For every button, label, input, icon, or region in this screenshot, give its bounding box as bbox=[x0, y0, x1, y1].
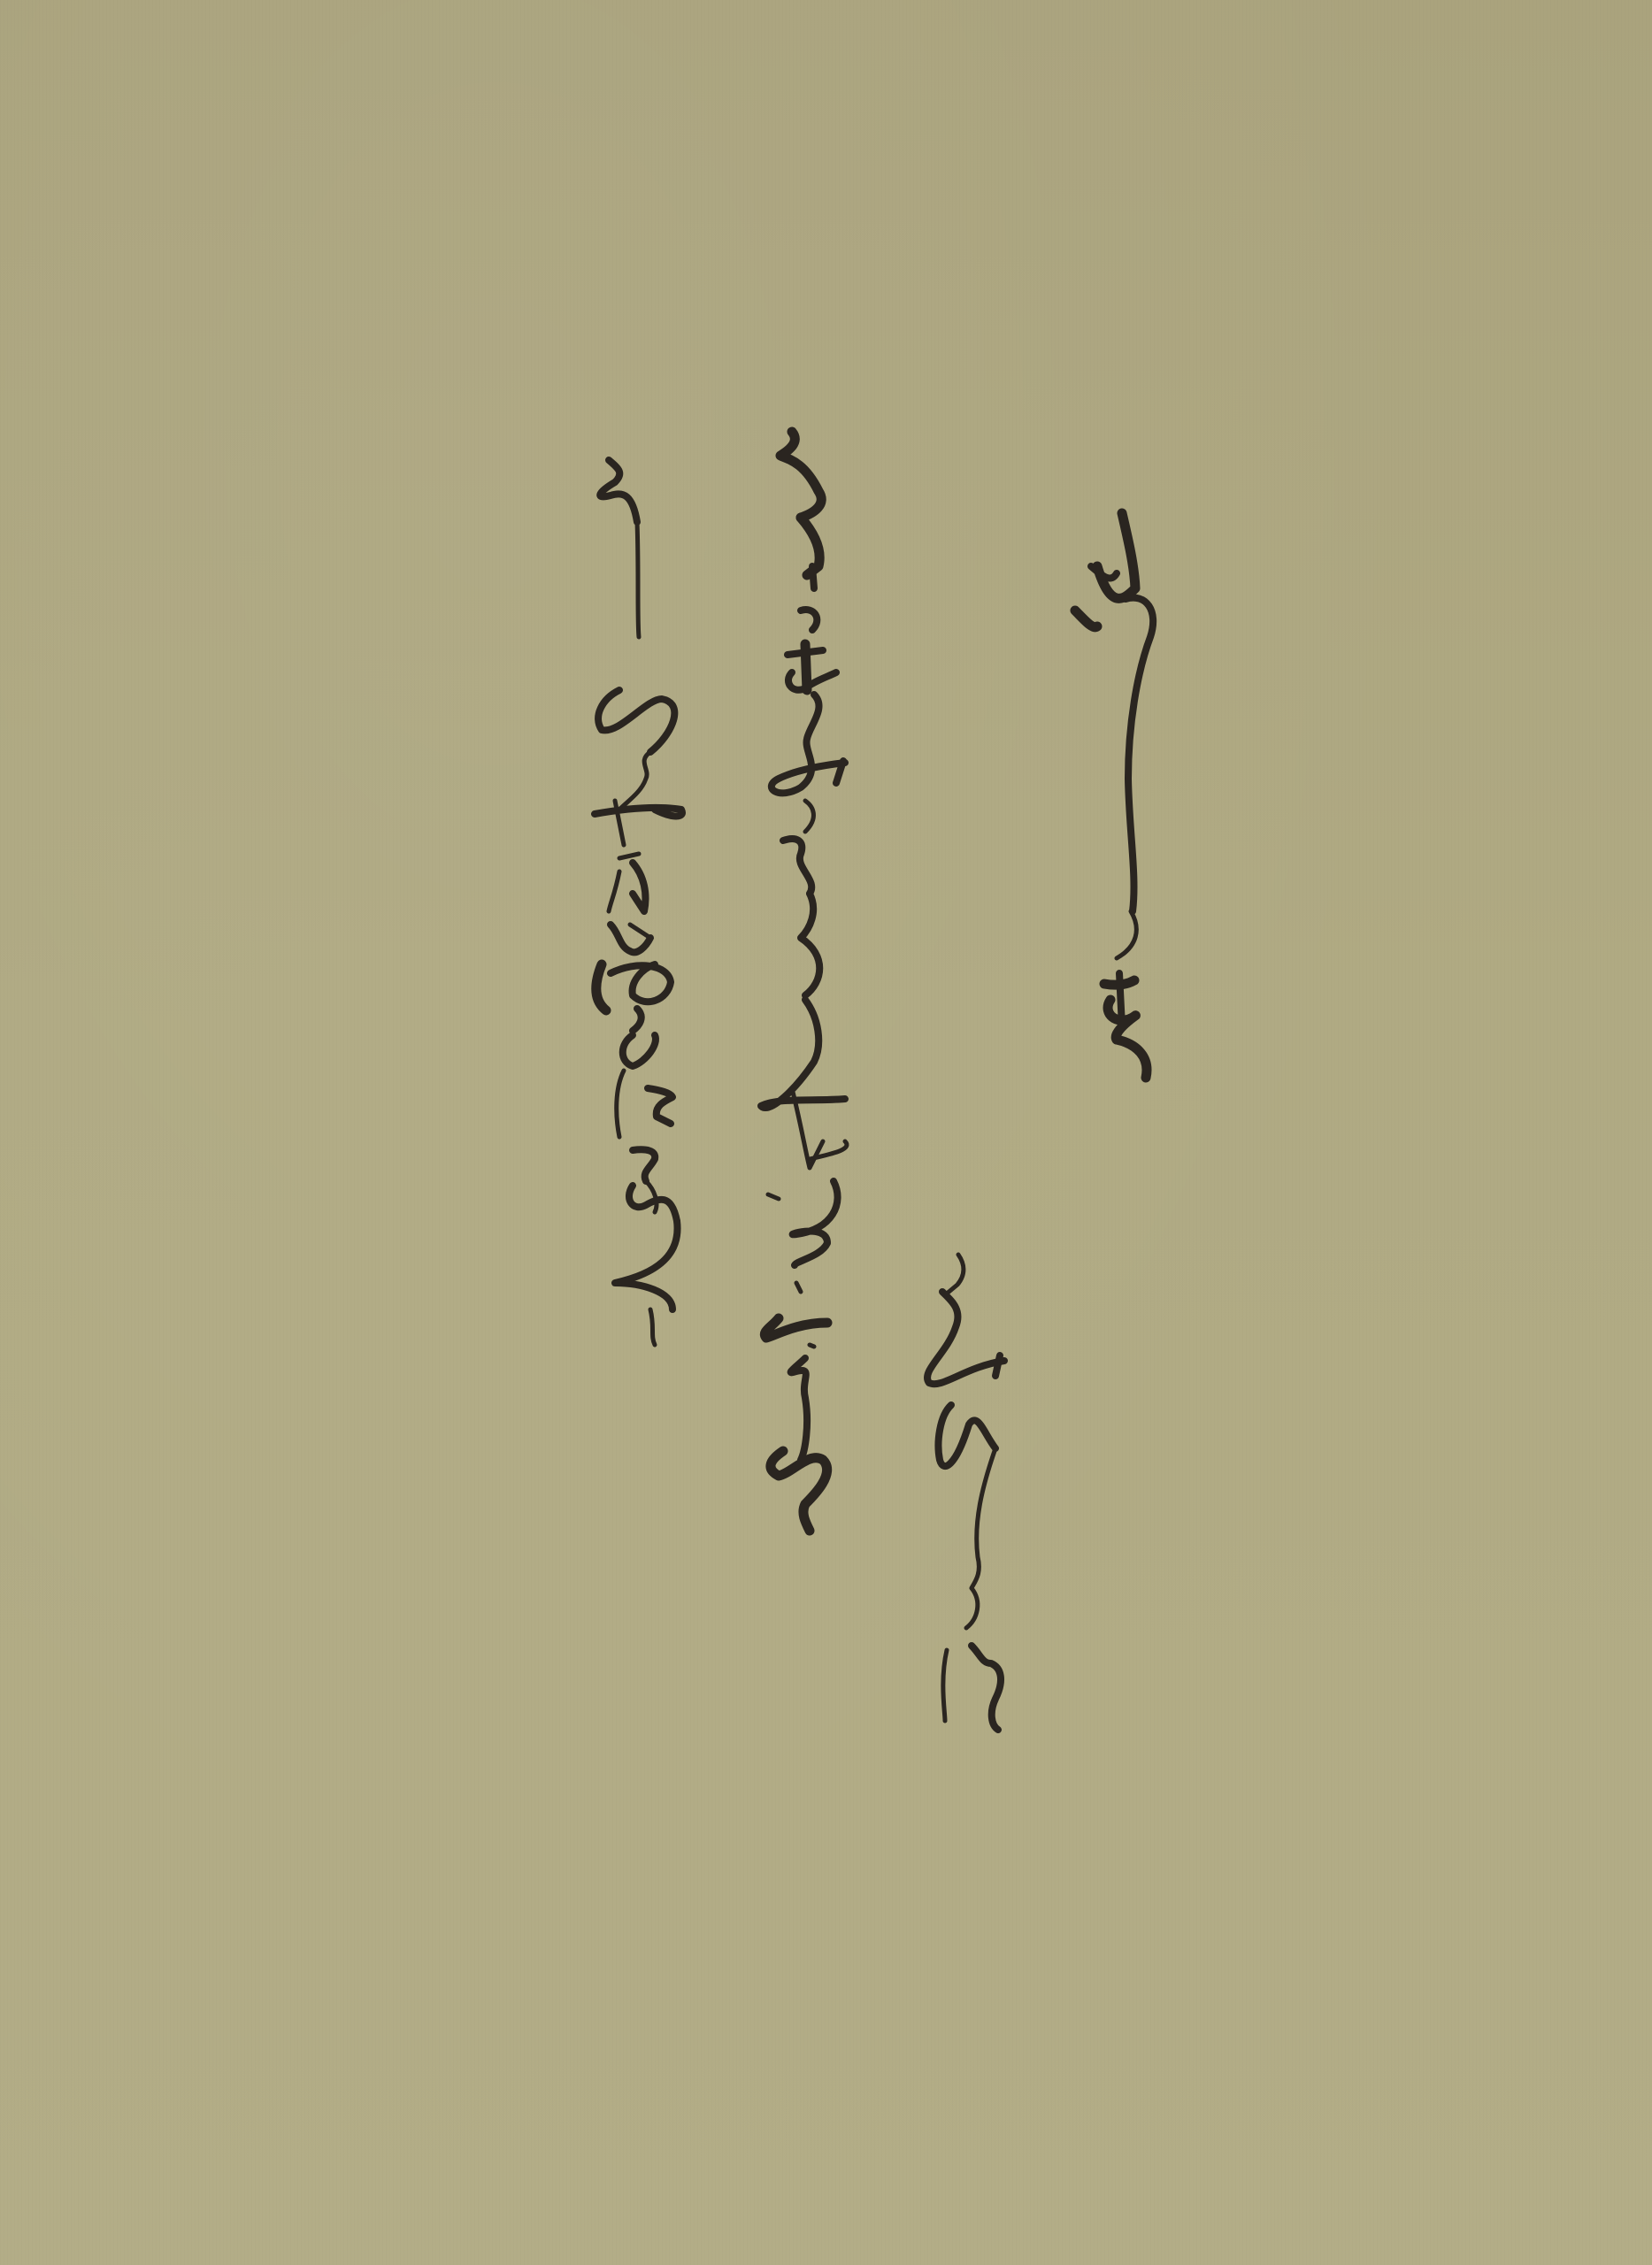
author-column bbox=[927, 1255, 1004, 1730]
calligraphy-paper: ふしのたま みなもとのしたがふ ちるみちのまちやこころさしのひの よしのやまかは… bbox=[0, 0, 1652, 2265]
title-column bbox=[1075, 513, 1153, 1078]
poem-line-2-column bbox=[595, 460, 682, 1345]
calligraphy-ink bbox=[0, 0, 1652, 2265]
poem-line-1-column bbox=[761, 432, 847, 1531]
